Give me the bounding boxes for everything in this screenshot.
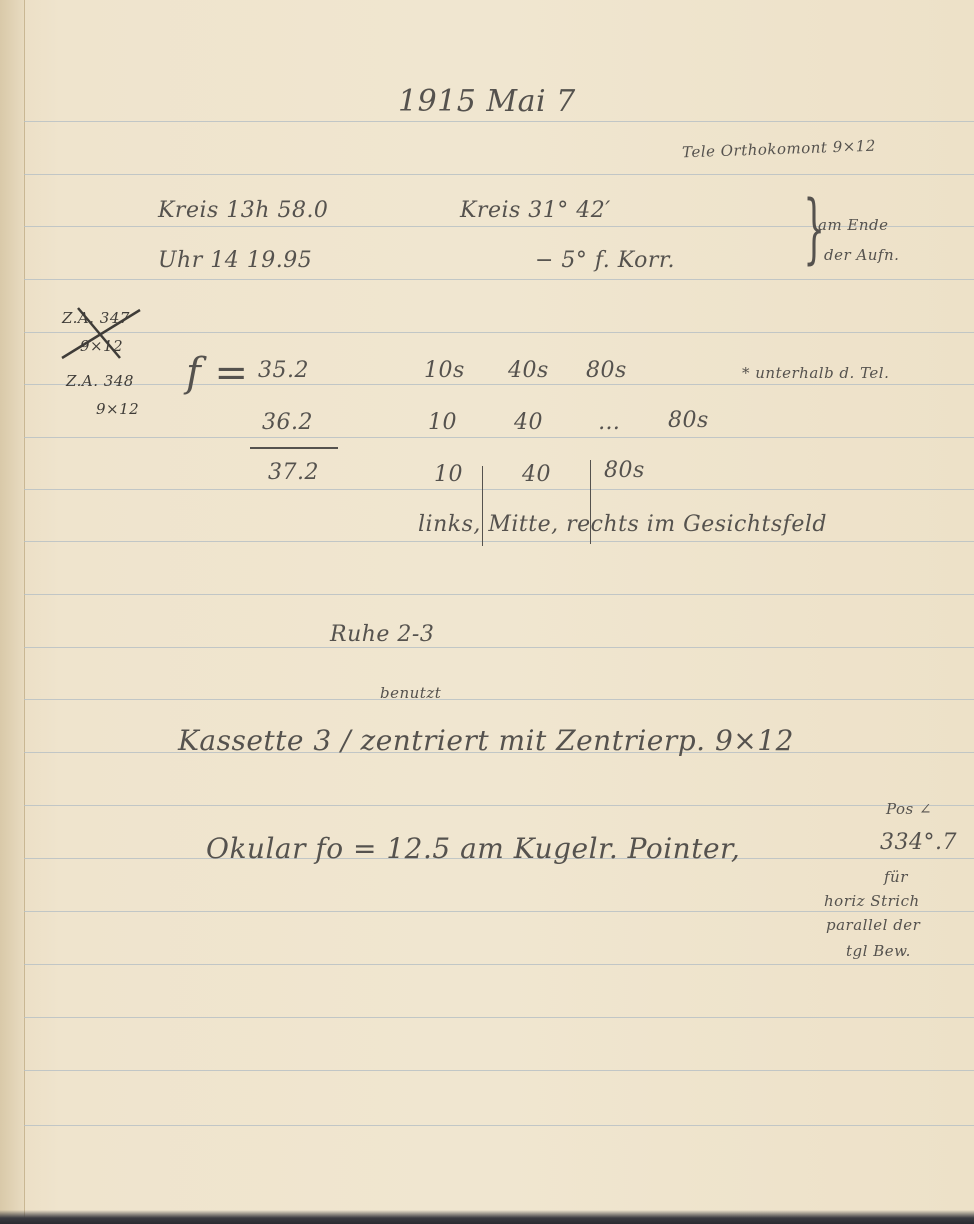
kassette-note: Kassette 3 / zentriert mit Zentrierp. 9×… [178, 724, 794, 757]
side-note-line1: am Ende [818, 216, 889, 234]
ruled-line [24, 437, 974, 438]
ruled-line [24, 384, 974, 385]
telescope-note: Tele Orthokomont 9×12 [682, 137, 876, 162]
exposure-r3-c2: 40 [522, 462, 551, 487]
ruled-line [24, 911, 974, 912]
exposure-r1-c3: 80s [586, 358, 627, 383]
focus-value-1: 35.2 [258, 358, 309, 383]
ruled-line [24, 805, 974, 806]
ruled-line [24, 489, 974, 490]
field-positions: links, Mitte, rechts im Gesichtsfeld [418, 512, 827, 537]
ruled-line [24, 964, 974, 965]
exposure-r2-c3: 80s [668, 408, 709, 433]
uhr-time: Uhr 14 19.95 [158, 248, 312, 273]
exposure-r2-c2: 40 [514, 410, 543, 435]
ruled-line [24, 1017, 974, 1018]
focus-value-3: 37.2 [268, 460, 319, 485]
kreis-time: Kreis 13h 58.0 [158, 198, 328, 223]
side-note-line2: der Aufn. [824, 246, 899, 264]
okular-note-line1: für [884, 868, 908, 886]
plate-number: Z.A. 348 [66, 372, 134, 390]
kassette-insert: benutzt [380, 684, 441, 702]
position-label: Pos ∠ [886, 800, 932, 818]
okular-note-line3: parallel der [826, 916, 920, 934]
ruled-line [24, 594, 974, 595]
focus-value-2: 36.2 [262, 410, 313, 435]
ruled-line [24, 1070, 974, 1071]
ruled-line [24, 647, 974, 648]
exposure-r3-c3: 80s [604, 458, 645, 483]
exposure-r1-c2: 40s [508, 358, 549, 383]
entry-date: 1915 Mai 7 [398, 84, 576, 119]
ruled-line [24, 541, 974, 542]
okular-note-line2: horiz Strich [824, 892, 920, 910]
strikethrough-icon [58, 306, 148, 362]
ruled-line [24, 332, 974, 333]
ruled-line [24, 1125, 974, 1126]
ruhe-note: Ruhe 2-3 [330, 622, 434, 647]
exposure-r2-dots: … [598, 410, 621, 435]
exposure-r1-c1: 10s [424, 358, 465, 383]
notebook-page: 1915 Mai 7 Tele Orthokomont 9×12 Kreis 1… [0, 0, 974, 1224]
exposure-r2-c1: 10 [428, 410, 457, 435]
plate-size: 9×12 [96, 400, 139, 418]
okular-note-line4: tgl Bew. [846, 942, 911, 960]
korrektur: − 5° f. Korr. [535, 248, 675, 273]
star-note: * unterhalb d. Tel. [742, 364, 889, 382]
sum-line [250, 447, 338, 449]
okular-note: Okular fo = 12.5 am Kugelr. Pointer, [206, 832, 740, 865]
ruled-line [24, 279, 974, 280]
ruled-line [24, 174, 974, 175]
ruled-line [24, 699, 974, 700]
kreis-angle: Kreis 31° 42′ [460, 198, 611, 223]
page-gutter [0, 0, 25, 1224]
exposure-r3-c1: 10 [434, 462, 463, 487]
page-bottom-edge [0, 1210, 974, 1224]
focus-label: f = [186, 350, 249, 396]
position-angle: 334°.7 [880, 830, 957, 855]
ruled-line [24, 121, 974, 122]
